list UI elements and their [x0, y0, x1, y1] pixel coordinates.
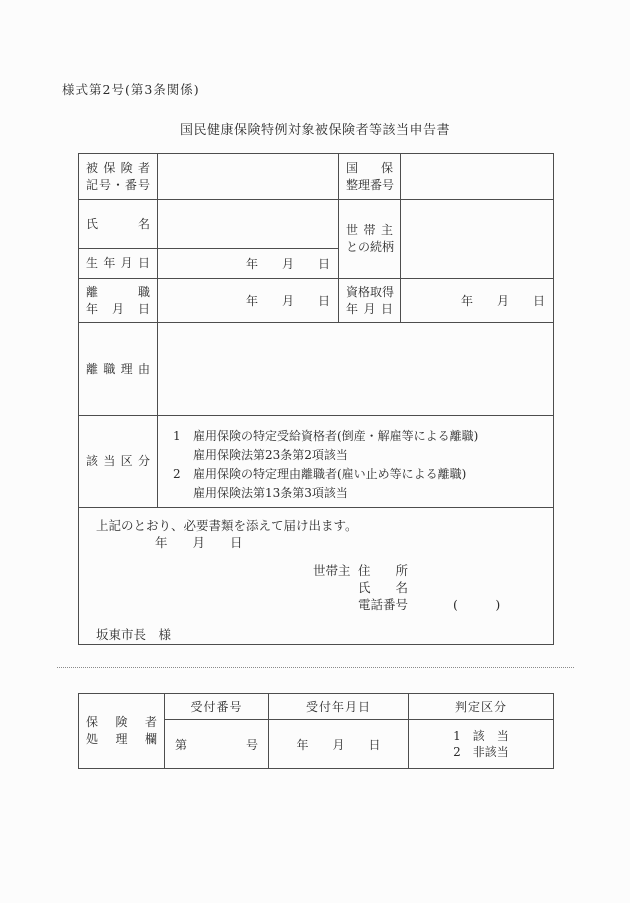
table-row: 保険者 処理欄 受付番号 受付年月日 判定区分: [79, 694, 554, 720]
label-line: 世帯主: [346, 222, 393, 239]
label-line: 離職理由: [86, 361, 150, 378]
label-line: との続柄: [346, 239, 393, 256]
label-line: 整理番号: [346, 177, 393, 194]
phone-field: ( ): [453, 597, 500, 612]
category-option-1: 1 雇用保険の特定受給資格者(倒産・解雇等による離職) 雇用保険法第23条第2項…: [173, 427, 553, 465]
birth-date-field: 年 月 日: [158, 249, 339, 279]
label-line: 記号・番号: [86, 177, 150, 194]
insured-symbol-number-field: [158, 154, 339, 200]
retirement-date-label: 離職 年月日: [79, 279, 158, 323]
birth-date-label: 生年月日: [79, 249, 158, 279]
table-row: 被保険者 記号・番号 国保 整理番号: [79, 154, 554, 200]
category-label: 該当区分: [79, 416, 158, 508]
receipt-number-header: 受付番号: [165, 694, 269, 720]
label-line: 資格取得: [346, 284, 393, 301]
receipt-number-line: 第号: [175, 736, 258, 753]
phone-line: 電話番号( ): [358, 596, 553, 613]
addressee-mayor: 坂東市長 様: [96, 626, 553, 643]
householder-label: 世帯主: [313, 562, 358, 579]
table-row: 上記のとおり、必要書類を添えて届け出ます。 年 月 日 世帯主住 所 氏 名 電…: [79, 508, 554, 645]
retirement-reason-label: 離職理由: [79, 323, 158, 416]
retirement-date-field: 年 月 日: [158, 279, 339, 323]
householder-relation-label: 世帯主 との続柄: [339, 200, 401, 279]
label-line: 離職: [86, 284, 150, 301]
label-line: 保険者: [86, 714, 157, 731]
declaration-date-field: 年 月 日: [155, 534, 553, 551]
option-text: 雇用保険の特定受給資格者(倒産・解雇等による離職) 雇用保険法第23条第2項該当: [193, 427, 478, 465]
address-label: 住 所: [358, 563, 408, 578]
page-title: 国民健康保険特例対象被保険者等該当申告書: [0, 119, 630, 138]
phone-label: 電話番号: [358, 597, 408, 612]
receipt-suffix: 号: [246, 736, 258, 753]
label-line: 年月日: [86, 301, 150, 318]
qualification-date-field: 年 月 日: [401, 279, 554, 323]
form-page: 様式第2号(第3条関係) 国民健康保険特例対象被保険者等該当申告書 被保険者 記…: [0, 0, 630, 903]
judgement-option-2: 2 非該当: [453, 744, 509, 760]
table-row: 離職 年月日 年 月 日 資格取得 年月日 年 月 日: [79, 279, 554, 323]
qualification-date-label: 資格取得 年月日: [339, 279, 401, 323]
label-line: 年月日: [346, 301, 393, 318]
form-code: 様式第2号(第3条関係): [62, 80, 200, 98]
receipt-number-field: 第号: [165, 720, 269, 769]
table-row: 離職理由: [79, 323, 554, 416]
declaration-section: 上記のとおり、必要書類を添えて届け出ます。 年 月 日 世帯主住 所 氏 名 電…: [79, 508, 554, 645]
label-line: 国保: [346, 160, 393, 177]
declaration-statement: 上記のとおり、必要書類を添えて届け出ます。: [96, 517, 553, 534]
main-form-table: 被保険者 記号・番号 国保 整理番号 氏名 世帯主 との続柄 生年月日: [78, 153, 554, 645]
judgement-category-header: 判定区分: [409, 694, 554, 720]
householder-relation-field: [401, 200, 554, 279]
kokuho-reference-number-label: 国保 整理番号: [339, 154, 401, 200]
label-line: 生年月日: [86, 255, 150, 272]
option-law-reference: 雇用保険法第23条第2項該当: [193, 446, 478, 465]
category-option-2: 2 雇用保険の特定理由離職者(雇い止め等による離職) 雇用保険法第13条第3項該…: [173, 465, 553, 503]
table-row: 氏名 世帯主 との続柄: [79, 200, 554, 249]
option-description: 雇用保険の特定受給資格者(倒産・解雇等による離職): [193, 427, 478, 446]
name-field: [158, 200, 339, 249]
option-description: 雇用保険の特定理由離職者(雇い止め等による離職): [193, 465, 466, 484]
category-options: 1 雇用保険の特定受給資格者(倒産・解雇等による離職) 雇用保険法第23条第2項…: [158, 416, 554, 508]
label-line: 該当区分: [86, 453, 150, 470]
judgement-category-field: 1 該 当 2 非該当: [409, 720, 554, 769]
label-line: 処理欄: [86, 731, 157, 748]
cut-line: [57, 667, 574, 668]
judgement-options: 1 該 当 2 非該当: [453, 728, 509, 760]
table-row: 該当区分 1 雇用保険の特定受給資格者(倒産・解雇等による離職) 雇用保険法第2…: [79, 416, 554, 508]
label-line: 被保険者: [86, 160, 150, 177]
insurer-processing-label: 保険者 処理欄: [79, 694, 165, 769]
judgement-option-1: 1 該 当: [453, 728, 509, 744]
name-label: 氏名: [79, 200, 158, 249]
option-text: 雇用保険の特定理由離職者(雇い止め等による離職) 雇用保険法第13条第3項該当: [193, 465, 466, 503]
receipt-date-header: 受付年月日: [269, 694, 409, 720]
option-law-reference: 雇用保険法第13条第3項該当: [193, 484, 466, 503]
option-number: 1: [173, 427, 193, 465]
insurer-processing-table: 保険者 処理欄 受付番号 受付年月日 判定区分 第号 年 月 日 1 該 当 2…: [78, 693, 554, 769]
kokuho-reference-number-field: [401, 154, 554, 200]
label-line: 氏名: [86, 216, 150, 233]
receipt-prefix: 第: [175, 736, 187, 753]
option-number: 2: [173, 465, 193, 503]
insured-symbol-number-label: 被保険者 記号・番号: [79, 154, 158, 200]
householder-address-line: 世帯主住 所: [313, 562, 553, 579]
householder-name-line: 氏 名: [358, 579, 553, 596]
receipt-date-field: 年 月 日: [269, 720, 409, 769]
retirement-reason-field: [158, 323, 554, 416]
